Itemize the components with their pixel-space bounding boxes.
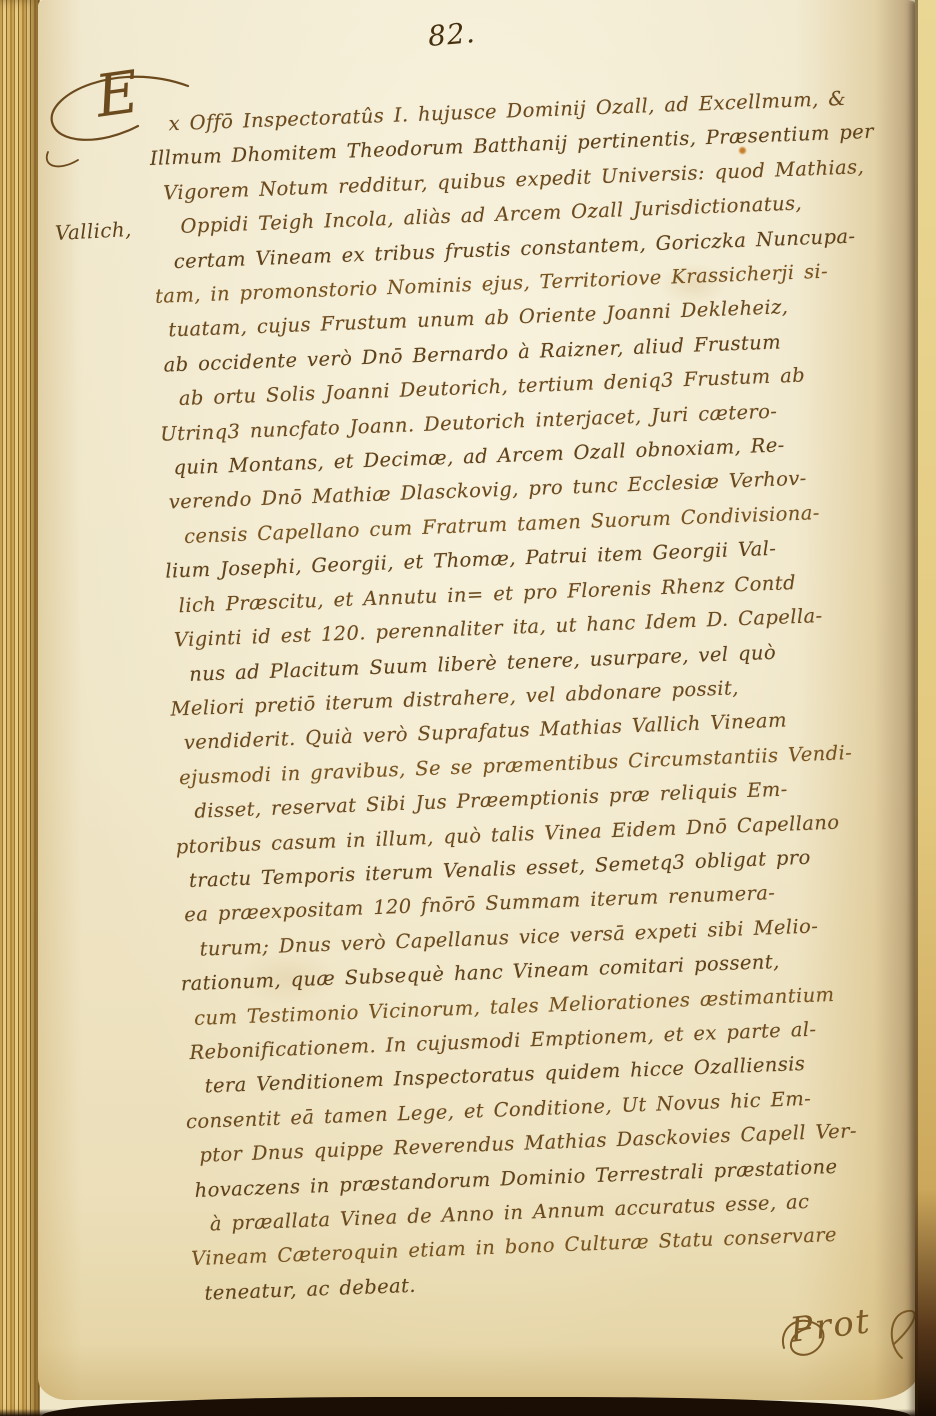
manuscript-text: x Offō Inspectoratûs I. hujusce Dominij … xyxy=(148,79,936,1311)
manuscript-page: 82. E Vallich, x Offō Inspectoratûs I. h… xyxy=(38,0,918,1400)
book-photo: 82. E Vallich, x Offō Inspectoratûs I. h… xyxy=(0,0,936,1416)
initial-letter: E xyxy=(91,57,142,130)
next-page-edge xyxy=(915,0,936,1416)
page-number: 82. xyxy=(427,16,477,53)
book-binding-edge xyxy=(0,0,40,1416)
marginal-note: Vallich, xyxy=(54,217,132,245)
